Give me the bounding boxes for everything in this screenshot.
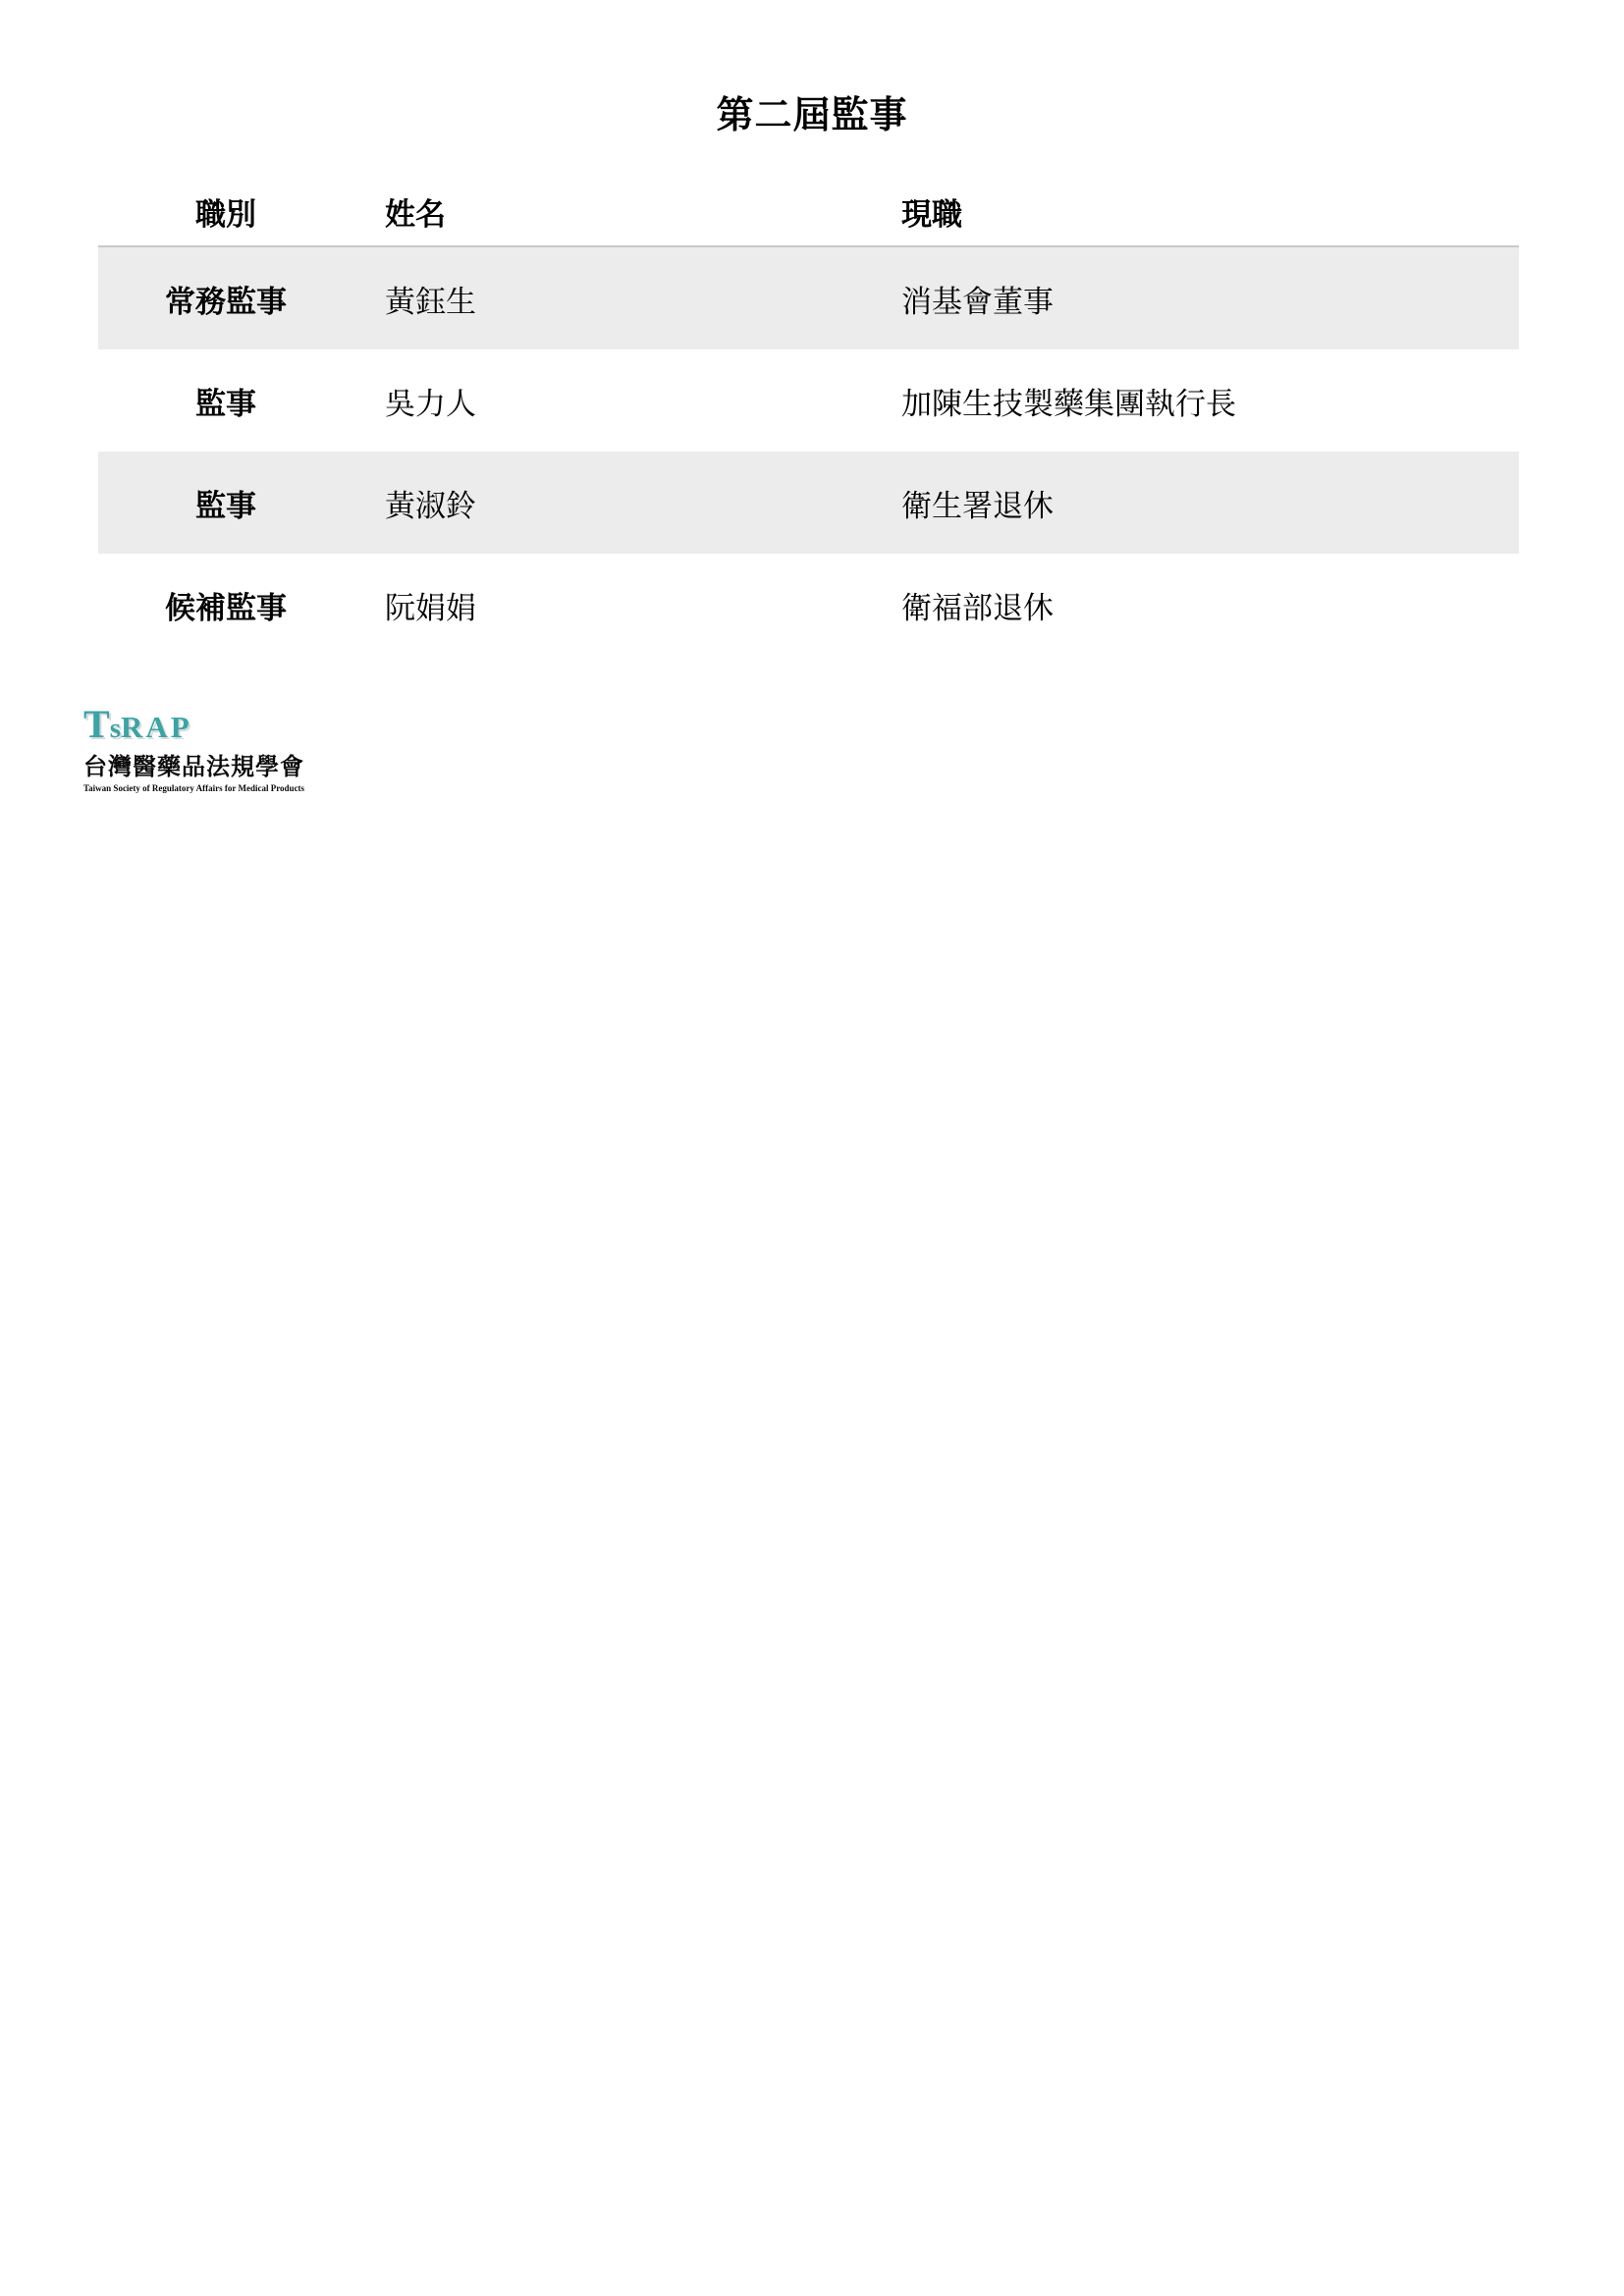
cell-name: 黃鈺生 — [353, 277, 870, 321]
table-row: 監事 吳力人 加陳生技製藥集團執行長 — [98, 349, 1519, 452]
table-header-row: 職別 姓名 現職 — [98, 177, 1519, 247]
cell-current-title: 衛福部退休 — [870, 583, 1519, 627]
cell-position: 候補監事 — [98, 583, 353, 627]
supervisors-table: 職別 姓名 現職 常務監事 黃鈺生 消基會董事 監事 吳力人 加陳生技製藥集團執… — [98, 177, 1519, 656]
cell-current-title: 消基會董事 — [870, 277, 1519, 321]
logo-letter-s: s — [110, 713, 121, 744]
org-name-english: Taiwan Society of Regulatory Affairs for… — [83, 783, 398, 793]
cell-position: 常務監事 — [98, 277, 353, 321]
header-name: 姓名 — [353, 189, 870, 234]
cell-name: 阮娟娟 — [353, 583, 870, 627]
logo-letters-rap: RAP — [121, 710, 192, 744]
table-row: 監事 黃淑鈴 衛生署退休 — [98, 452, 1519, 554]
table-row: 候補監事 阮娟娟 衛福部退休 — [98, 554, 1519, 656]
org-name-chinese: 台灣醫藥品法規學會 — [83, 747, 398, 781]
header-current-title: 現職 — [870, 189, 1519, 234]
header-position: 職別 — [98, 189, 353, 234]
cell-current-title: 加陳生技製藥集團執行長 — [870, 379, 1519, 423]
table-row: 常務監事 黃鈺生 消基會董事 — [98, 247, 1519, 349]
cell-position: 監事 — [98, 379, 353, 423]
cell-name: 黃淑鈴 — [353, 481, 870, 525]
cell-name: 吳力人 — [353, 379, 870, 423]
cell-current-title: 衛生署退休 — [870, 481, 1519, 525]
cell-position: 監事 — [98, 481, 353, 525]
logo-letter-t: T — [83, 702, 110, 746]
page-title: 第二屆監事 — [0, 84, 1624, 138]
tsrap-logo: TsRAP 台灣醫藥品法規學會 Taiwan Society of Regula… — [83, 705, 398, 793]
tsrap-logo-acronym: TsRAP — [83, 705, 398, 744]
